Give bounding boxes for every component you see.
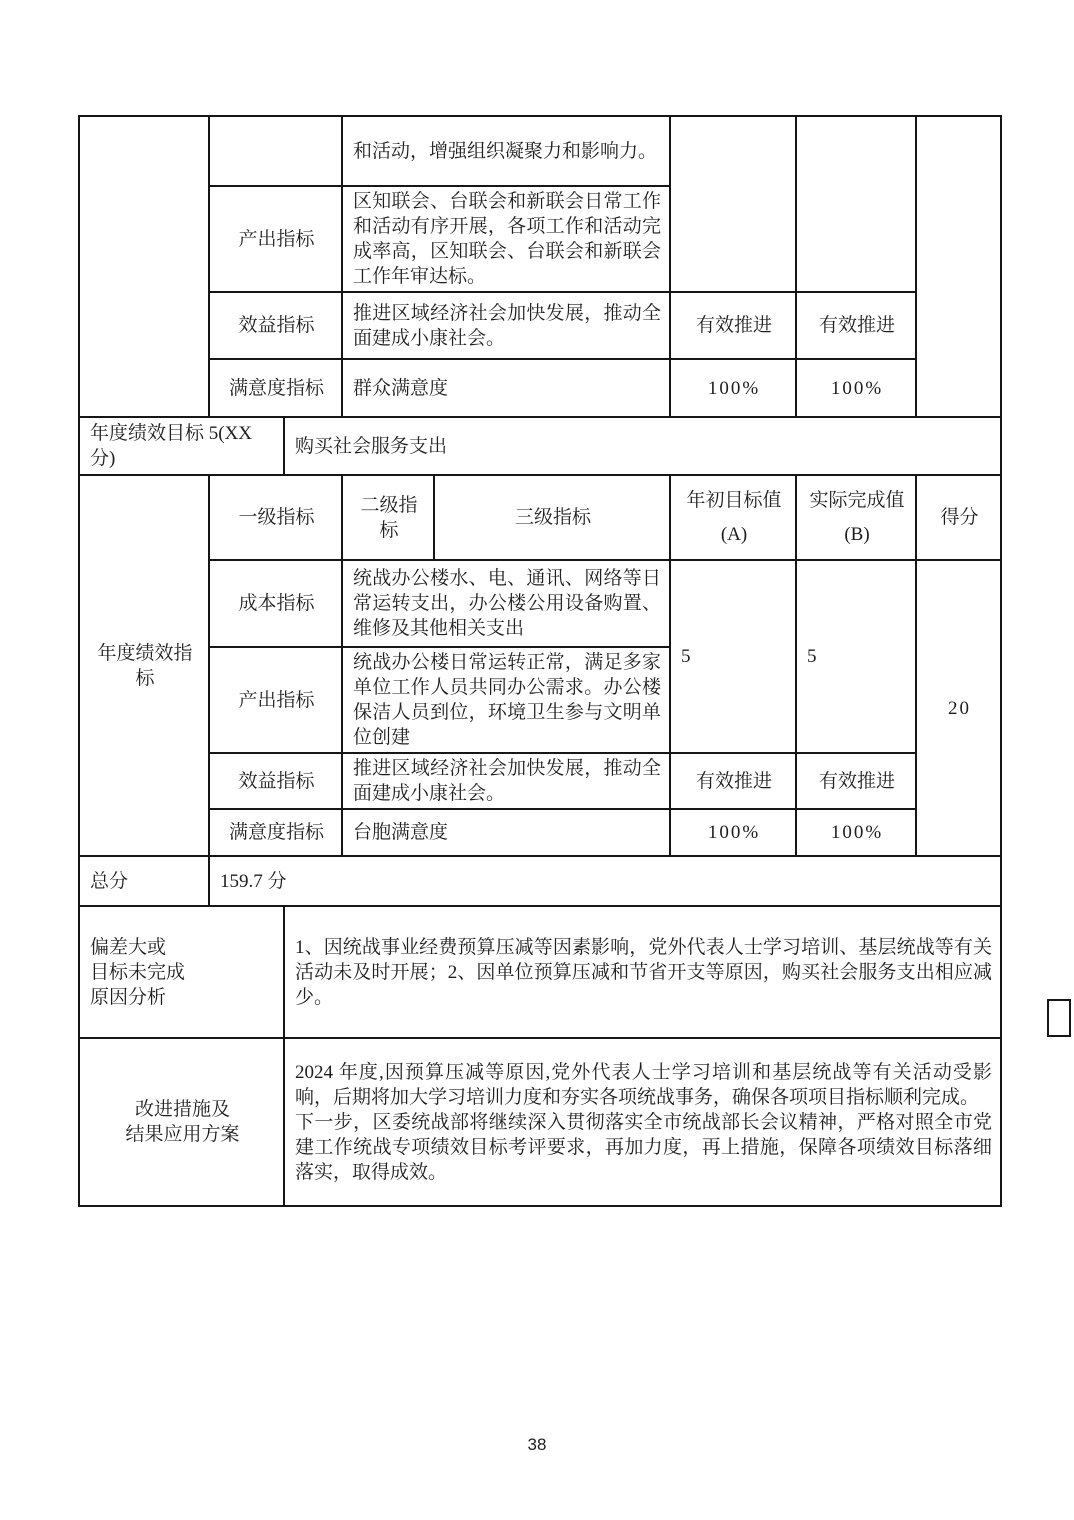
cell-benefit-actual-prev: 有效推进	[796, 292, 916, 359]
cell-section-side-label: 年度绩效指标	[79, 475, 209, 856]
cell-blank-target	[670, 116, 796, 292]
cell-header-target: 年初目标值 (A)	[670, 475, 796, 560]
row-indicator-header: 年度绩效指标 一级指标 二级指标 三级指标 年初目标值 (A) 实际完成值 (B…	[79, 475, 1001, 560]
cell-total-label: 总分	[79, 856, 209, 906]
header-level2-label: 二级指标	[357, 493, 421, 543]
cell-satisfaction-actual-prev: 100%	[796, 359, 916, 417]
cell-satisfaction-actual: 100%	[796, 809, 916, 856]
cell-satisfaction-label: 满意度指标	[209, 809, 342, 856]
header-actual-title: 实际完成值	[807, 488, 907, 513]
cell-blank-score	[916, 116, 1001, 417]
row-deviation: 偏差大或 目标未完成 原因分析 1、因统战事业经费预算压减等因素影响，党外代表人…	[79, 906, 1001, 1038]
cell-total-value: 159.7 分	[209, 856, 1001, 906]
document-page: 和活动，增强组织凝聚力和影响力。 产出指标 区知联会、台联会和新联会日常工作和活…	[0, 0, 1074, 1520]
cell-header-score: 得分	[916, 475, 1001, 560]
cell-header-level2: 二级指标	[342, 475, 434, 560]
cell-output-text-prev: 区知联会、台联会和新联会日常工作和活动有序开展，各项工作和活动完成率高，区知联会…	[342, 186, 670, 292]
row-cost: 成本指标 统战办公楼水、电、通讯、网络等日常运转支出，办公楼公用设备购置、维修及…	[79, 560, 1001, 647]
cell-goal5-label: 年度绩效目标 5(XX 分)	[79, 417, 284, 475]
cell-benefit-actual: 有效推进	[796, 753, 916, 809]
cell-cost-label: 成本指标	[209, 560, 342, 647]
cell-benefit-text: 推进区域经济社会加快发展，推动全面建成小康社会。	[342, 753, 670, 809]
cell-benefit-label-prev: 效益指标	[209, 292, 342, 359]
margin-anchor-box	[1047, 999, 1071, 1037]
cell-satisfaction-text: 台胞满意度	[342, 809, 670, 856]
cell-goal5-value: 购买社会服务支出	[284, 417, 1001, 475]
cell-benefit-target-prev: 有效推进	[670, 292, 796, 359]
performance-table: 和活动，增强组织凝聚力和影响力。 产出指标 区知联会、台联会和新联会日常工作和活…	[78, 115, 1002, 1207]
cell-actual-value: 5	[796, 560, 916, 753]
row-satisfaction: 满意度指标 台胞满意度 100% 100%	[79, 809, 1001, 856]
cell-output-label: 产出指标	[209, 647, 342, 753]
improvement-label-line2: 结果应用方案	[90, 1122, 275, 1147]
row-carryover: 和活动，增强组织凝聚力和影响力。	[79, 116, 1001, 186]
row-benefit: 效益指标 推进区域经济社会加快发展，推动全面建成小康社会。 有效推进 有效推进	[79, 753, 1001, 809]
cell-header-level3: 三级指标	[434, 475, 670, 560]
cell-improvement-text: 2024 年度,因预算压减等原因,党外代表人士学习培训和基层统战等有关活动受影响…	[284, 1038, 1001, 1206]
row-satisfaction-prev: 满意度指标 群众满意度 100% 100%	[79, 359, 1001, 417]
cell-benefit-target: 有效推进	[670, 753, 796, 809]
deviation-label-line3: 原因分析	[90, 985, 275, 1010]
cell-output-text: 统战办公楼日常运转正常，满足多家单位工作人员共同办公需求。办公楼保洁人员到位，环…	[342, 647, 670, 753]
cell-blank-label	[209, 116, 342, 186]
cell-output-label-prev: 产出指标	[209, 186, 342, 292]
page-number: 38	[0, 1435, 1074, 1455]
row-goal5: 年度绩效目标 5(XX 分) 购买社会服务支出	[79, 417, 1001, 475]
cell-target-value: 5	[670, 560, 796, 753]
header-actual-sub: (B)	[807, 522, 907, 547]
improvement-label-line1: 改进措施及	[90, 1097, 275, 1122]
cell-deviation-label: 偏差大或 目标未完成 原因分析	[79, 906, 284, 1038]
improvement-paragraph-1: 2024 年度,因预算压减等原因,党外代表人士学习培训和基层统战等有关活动受影响…	[295, 1060, 992, 1110]
header-target-sub: (A)	[681, 522, 787, 547]
cell-satisfaction-target-prev: 100%	[670, 359, 796, 417]
cell-satisfaction-text-prev: 群众满意度	[342, 359, 670, 417]
row-improvement: 改进措施及 结果应用方案 2024 年度,因预算压减等原因,党外代表人士学习培训…	[79, 1038, 1001, 1206]
cell-benefit-text-prev: 推进区域经济社会加快发展，推动全面建成小康社会。	[342, 292, 670, 359]
cell-cost-text: 统战办公楼水、电、通讯、网络等日常运转支出，办公楼公用设备购置、维修及其他相关支…	[342, 560, 670, 647]
cell-carryover-text: 和活动，增强组织凝聚力和影响力。	[342, 116, 670, 186]
cell-score-value: 20	[916, 560, 1001, 856]
cell-deviation-text: 1、因统战事业经费预算压减等因素影响，党外代表人士学习培训、基层统战等有关活动未…	[284, 906, 1001, 1038]
cell-header-actual: 实际完成值 (B)	[796, 475, 916, 560]
cell-blank-actual	[796, 116, 916, 292]
cell-satisfaction-label-prev: 满意度指标	[209, 359, 342, 417]
header-target-title: 年初目标值	[681, 488, 787, 513]
row-total: 总分 159.7 分	[79, 856, 1001, 906]
cell-blank-left	[79, 116, 209, 417]
cell-improvement-label: 改进措施及 结果应用方案	[79, 1038, 284, 1206]
improvement-paragraph-2: 下一步，区委统战部将继续深入贯彻落实全市统战部长会议精神，严格对照全市党建工作统…	[295, 1110, 992, 1185]
deviation-label-line2: 目标未完成	[90, 960, 275, 985]
cell-header-level1: 一级指标	[209, 475, 342, 560]
row-benefit-prev: 效益指标 推进区域经济社会加快发展，推动全面建成小康社会。 有效推进 有效推进	[79, 292, 1001, 359]
cell-benefit-label: 效益指标	[209, 753, 342, 809]
cell-satisfaction-target: 100%	[670, 809, 796, 856]
deviation-label-line1: 偏差大或	[90, 935, 275, 960]
